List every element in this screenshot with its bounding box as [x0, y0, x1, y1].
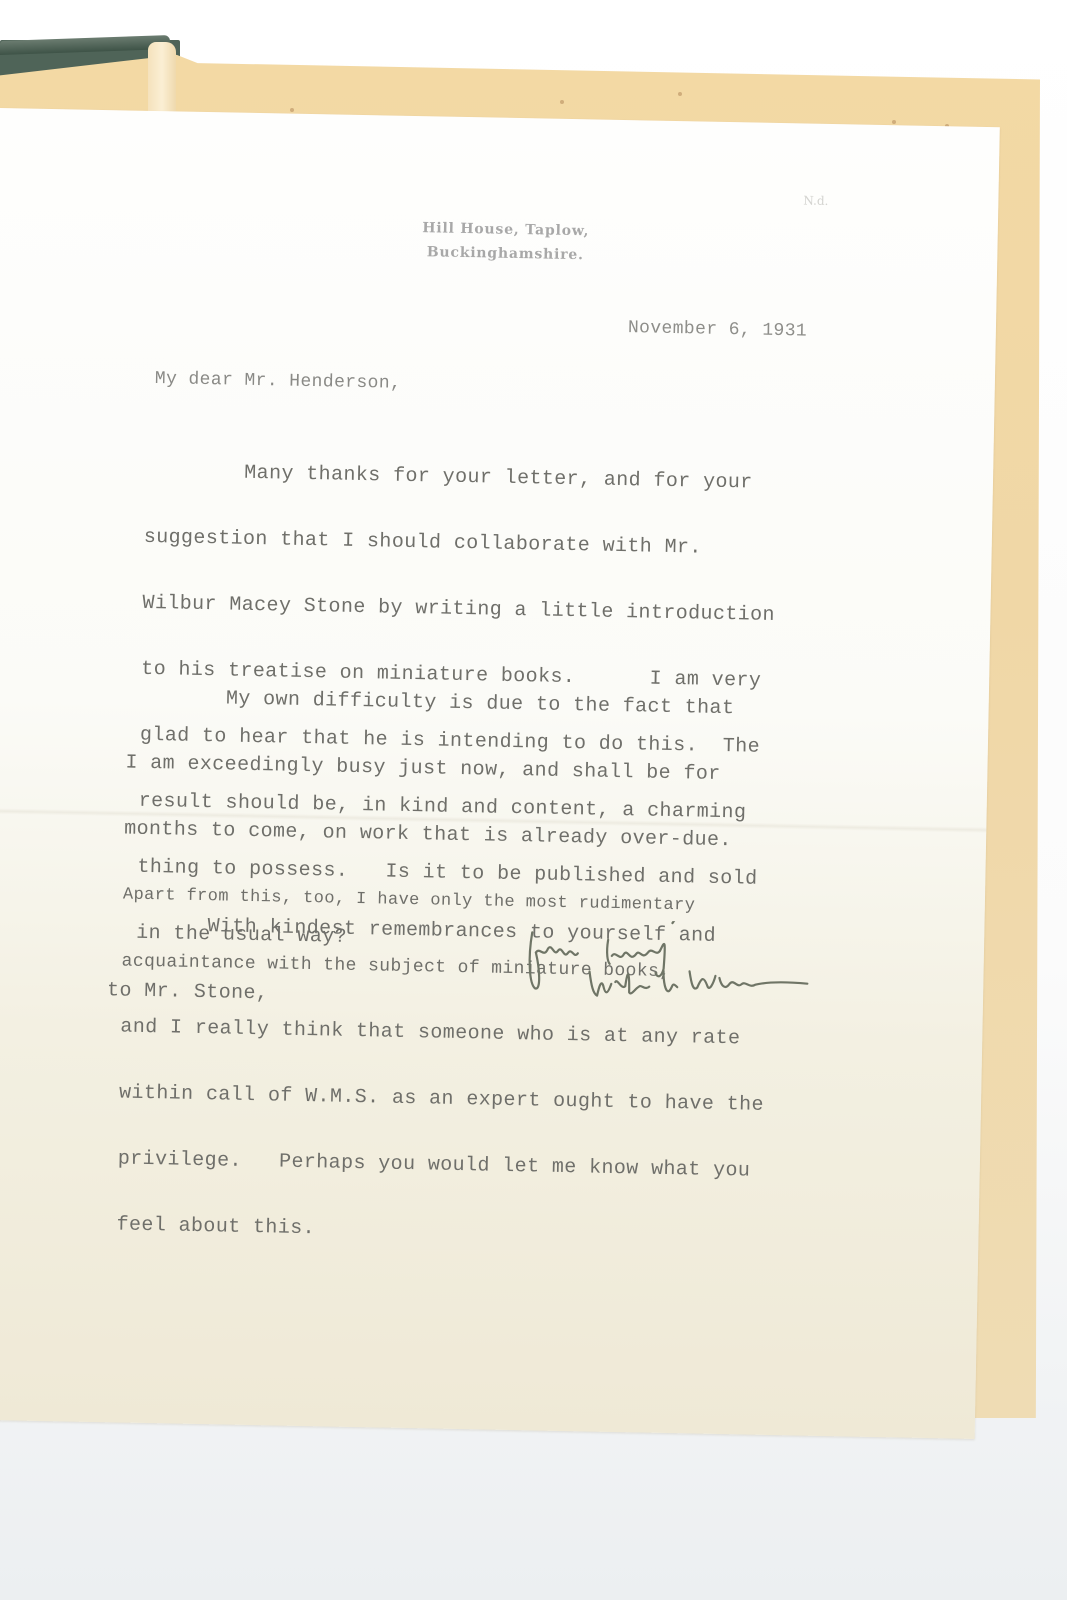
salutation: My dear Mr. Henderson,	[155, 369, 402, 394]
foxing-spot	[892, 120, 896, 124]
text-line: I am exceedingly busy just now, and shal…	[125, 753, 770, 787]
text-line: months to come, on work that is already …	[124, 819, 769, 853]
photo-scene: N.d. Hill House, Taplow, Buckinghamshire…	[0, 0, 1067, 1600]
letterhead: Hill House, Taplow, Buckinghamshire.	[395, 216, 616, 268]
foxing-spot	[678, 92, 682, 96]
foxing-spot	[560, 100, 564, 104]
letter-sheet: N.d. Hill House, Taplow, Buckinghamshire…	[0, 108, 1000, 1439]
endpaper-hinge-fold	[148, 42, 176, 112]
text-line: feel about this.	[116, 1214, 761, 1248]
text-line: Many thanks for your letter, and for you…	[145, 461, 778, 495]
pencil-corner-mark: N.d.	[803, 193, 828, 207]
text-line: My own difficulty is due to the fact tha…	[126, 687, 771, 721]
letterhead-line-2: Buckinghamshire.	[395, 240, 615, 268]
text-line: suggestion that I should collaborate wit…	[144, 527, 777, 561]
text-line: Wilbur Macey Stone by writing a little i…	[142, 593, 775, 627]
foxing-spot	[290, 108, 294, 112]
letter-date: November 6, 1931	[628, 318, 808, 341]
text-line: within call of W.M.S. as an expert ought…	[119, 1082, 764, 1116]
signature-ink-icon	[522, 918, 824, 1034]
text-line: privilege. Perhaps you would let me know…	[118, 1148, 763, 1182]
handwritten-signature	[522, 918, 824, 1034]
